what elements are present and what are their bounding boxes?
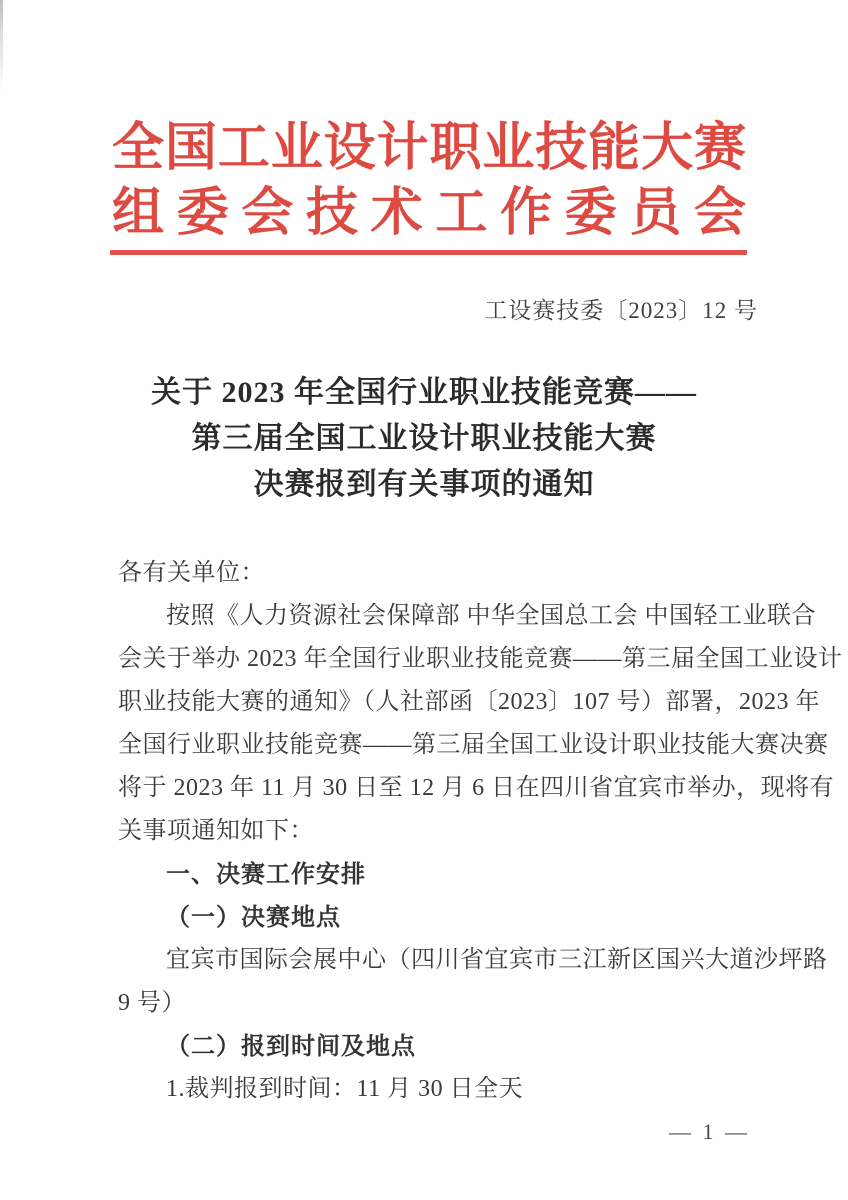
body-line: 按照《人力资源社会保障部 中华全国总工会 中国轻工业联合	[118, 595, 760, 638]
title-line-2: 第三届全国工业设计职业技能大赛	[0, 416, 848, 462]
subsection-heading-1-2: （二）报到时间及地点	[118, 1025, 760, 1068]
body-line: 职业技能大赛的通知》（人社部函〔2023〕107 号）部署，2023 年	[118, 681, 760, 724]
body-line-item-1: 1.裁判报到时间：11 月 30 日全天	[118, 1068, 760, 1111]
body-line: 会关于举办 2023 年全国行业职业技能竞赛——第三届全国工业设计	[118, 638, 760, 681]
body-line-salutation: 各有关单位：	[118, 552, 760, 595]
scan-edge-artifact	[0, 0, 3, 92]
body-line: 全国行业职业技能竞赛——第三届全国工业设计职业技能大赛决赛	[118, 724, 760, 767]
title-line-1: 关于 2023 年全国行业职业技能竞赛——	[0, 370, 848, 416]
body-line-venue-cont: 9 号）	[118, 982, 760, 1025]
body-line-venue: 宜宾市国际会展中心（四川省宜宾市三江新区国兴大道沙坪路	[118, 939, 760, 982]
subsection-heading-1-1: （一）决赛地点	[118, 896, 760, 939]
letterhead-line-2: 组委会技术工作委员会	[112, 181, 746, 246]
document-page: 全国工业设计职业技能大赛 组委会技术工作委员会 工设赛技委〔2023〕12 号 …	[0, 0, 848, 1200]
document-number: 工设赛技委〔2023〕12 号	[112, 292, 758, 325]
body-line: 将于 2023 年 11 月 30 日至 12 月 6 日在四川省宜宾市举办，现…	[118, 767, 760, 810]
letterhead: 全国工业设计职业技能大赛 组委会技术工作委员会	[112, 116, 746, 246]
section-heading-1: 一、决赛工作安排	[118, 853, 760, 896]
body-line: 关事项通知如下：	[118, 810, 760, 853]
title-line-3: 决赛报到有关事项的通知	[0, 462, 848, 508]
document-title: 关于 2023 年全国行业职业技能竞赛—— 第三届全国工业设计职业技能大赛 决赛…	[0, 370, 848, 508]
letterhead-line-1: 全国工业设计职业技能大赛	[112, 116, 746, 181]
page-number: — 1 —	[669, 1119, 750, 1145]
document-body: 各有关单位： 按照《人力资源社会保障部 中华全国总工会 中国轻工业联合 会关于举…	[118, 552, 760, 1111]
letterhead-divider-rule	[110, 250, 747, 255]
